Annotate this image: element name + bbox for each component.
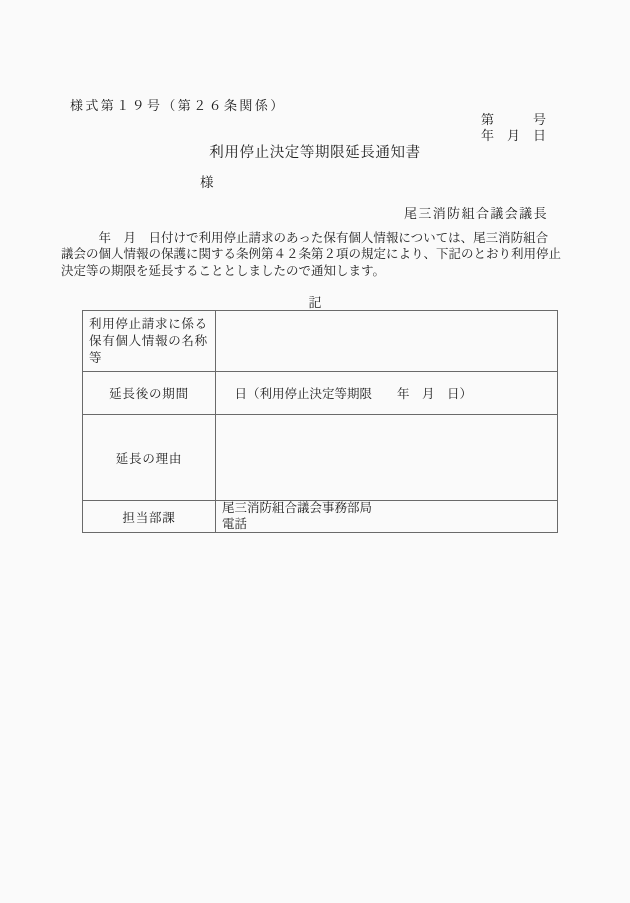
row-value-extension-reason <box>216 415 558 501</box>
table-row-responsible-division: 担当部課 尾三消防組合議会事務部局 電話 <box>83 501 558 533</box>
row-label-extended-period: 延長後の期間 <box>83 372 216 415</box>
table-row-extended-period: 延長後の期間 日（利用停止決定等期限 年 月 日） <box>83 372 558 415</box>
record-heading: 記 <box>0 292 630 311</box>
table-row-extension-reason: 延長の理由 <box>83 415 558 501</box>
row-label-extension-reason: 延長の理由 <box>83 415 216 501</box>
sender-title: 尾三消防組合議会議長 <box>404 203 548 222</box>
row-value-information-name <box>216 311 558 372</box>
body-paragraph: 年 月 日付けで利用停止請求のあった保有個人情報については、尾三消防組合 議会の… <box>61 230 561 279</box>
document-page: 様式第１９号（第２６条関係） 第 号 年 月 日 利用停止決定等期限延長通知書 … <box>0 0 630 903</box>
table-row-information-name: 利用停止請求に係る 保有個人情報の名称 等 <box>83 311 558 372</box>
form-number: 様式第１９号（第２６条関係） <box>70 95 286 114</box>
row-value-extended-period: 日（利用停止決定等期限 年 月 日） <box>216 372 558 415</box>
addressee-suffix: 様 <box>200 171 214 191</box>
row-label-responsible-division: 担当部課 <box>83 501 216 533</box>
row-label-information-name: 利用停止請求に係る 保有個人情報の名称 等 <box>83 311 216 372</box>
row-value-responsible-division: 尾三消防組合議会事務部局 電話 <box>216 501 558 533</box>
document-title: 利用停止決定等期限延長通知書 <box>0 141 630 162</box>
notice-table: 利用停止請求に係る 保有個人情報の名称 等 延長後の期間 日（利用停止決定等期限… <box>82 310 558 533</box>
